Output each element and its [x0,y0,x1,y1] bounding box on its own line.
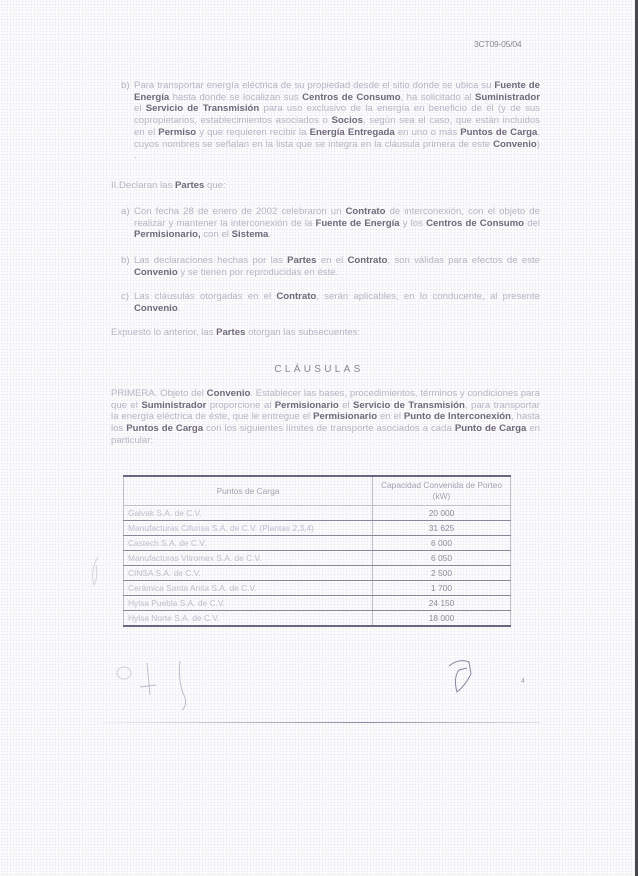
bottom-rule [100,722,540,723]
page-number: 4 [521,678,525,685]
item-a: Con fecha 28 de enero de 2002 celebraron… [134,206,540,241]
table-header-row: Puntos de Carga Capacidad Convenida de P… [124,476,511,506]
load-point-name: Hylsa Norte S.A. de C.V. [124,611,373,627]
defined-term: Socios [332,115,363,126]
text-run: en el [377,411,404,422]
table-row: Hylsa Puebla S.A. de C.V.24 150 [124,596,511,611]
defined-term: Centros de Consumo [302,92,400,103]
text-run: del [524,218,540,229]
item-a-label: a) [121,206,130,218]
load-point-name: Manufacturas Vitromex S.A. de C.V. [124,551,373,566]
load-point-name: Cerámica Santa Anita S.A. de C.V. [124,581,373,596]
clausula-primera: PRIMERA. Objeto del Convenio. Establecer… [111,388,540,447]
table-row: Castech S.A. de C.V.6 000 [124,536,511,551]
defined-term: Contrato [347,255,387,266]
text-run: Para transportar energía eléctrica de su… [134,80,494,91]
defined-term: Permiso [158,127,196,138]
text-run: , serán aplicables, en lo conducente, al… [316,291,540,302]
load-point-name: Manufacturas Cifunsa S.A. de C.V. (Plant… [124,521,373,536]
defined-term: Permisionario [275,400,339,411]
defined-term: Servicio de Transmisión [353,400,465,411]
capacity-value: 1 700 [373,581,511,596]
capacity-value: 31 625 [373,521,511,536]
load-point-name: Hylsa Puebla S.A. de C.V. [124,596,373,611]
defined-term: Partes [287,255,316,266]
text-run: en el [316,255,347,266]
defined-term: Partes [175,180,204,191]
capacity-value: 24 150 [373,596,511,611]
defined-term: Sistema [232,229,269,240]
defined-term: Partes [216,327,245,338]
text-run: en uno o más [395,127,461,138]
defined-term: Puntos de Carga [460,127,537,138]
text-run: con los siguientes límites de transporte… [203,423,455,434]
text-run: y los [400,218,427,229]
document-code: 3CT09-05/04 [474,39,521,49]
defined-term: Contrato [346,206,386,217]
text-run: que: [204,180,225,191]
paragraph-b: Para transportar energía eléctrica de su… [134,80,540,162]
text-run: Las cláusulas otorgadas en el [134,291,276,302]
text-run: , ha solicitado al [401,92,475,103]
item-b-label: b) [121,255,130,267]
defined-term: Centros de Consumo [426,218,524,229]
defined-term: Convenio [134,303,178,314]
text-run: el [134,103,146,114]
section-ii-heading: II.Declaran las Partes que: [111,180,531,192]
text-run: proporcione al [206,400,274,411]
defined-term: Servicio de Transmisión [146,103,260,114]
table-row: Galvak S.A. de C.V.20 000 [124,506,511,521]
paragraph-b-label: b) [121,80,130,92]
defined-term: Suministrador [141,400,206,411]
item-c: Las cláusulas otorgadas en el Contrato, … [134,291,540,314]
capacity-value: 2 500 [373,566,511,581]
defined-term: Punto de Carga [455,423,527,434]
defined-term: Convenio [134,267,178,278]
text-run: . [178,303,181,314]
table-row: Hylsa Norte S.A. de C.V.18 000 [124,611,511,627]
header-capacity: Capacidad Convenida de Porteo (kW) [373,476,511,506]
expuesto-paragraph: Expuesto lo anterior, las Partes otorgan… [111,327,531,339]
text-run: Las declaraciones hechas por las [134,255,287,266]
defined-term: Energía Entregada [310,127,395,138]
load-point-name: Galvak S.A. de C.V. [124,506,373,521]
text-run: PRIMERA. Objeto del [111,388,207,399]
text-run: Con fecha 28 de enero de 2002 celebraron… [134,206,346,217]
capacity-value: 6 050 [373,551,511,566]
defined-term: Suministrador [475,92,540,103]
capacity-value: 20 000 [373,506,511,521]
signature-mark-right [445,656,485,701]
defined-term: Punto de Interconexión [404,411,511,422]
header-load-points: Puntos de Carga [124,476,373,506]
text-run: y que requieren recibir la [196,127,309,138]
capacity-value: 6 000 [373,536,511,551]
defined-term: Permisionario, [134,229,201,240]
defined-term: Convenio [207,388,251,399]
clausulas-heading: CLÁUSULAS [0,364,638,375]
table-row: CINSA S.A. de C.V.2 500 [124,566,511,581]
text-run: el [339,400,353,411]
defined-term: Fuente de Energía [315,218,399,229]
capacity-value: 18 000 [373,611,511,627]
text-run: Expuesto lo anterior, las [111,327,216,338]
item-b: Las declaraciones hechas por las Partes … [134,255,540,278]
text-run: hasta donde se localizan sus [169,92,302,103]
text-run: otorgan las subsecuentes: [245,327,360,338]
defined-term: Convenio [493,139,537,150]
signature-mark-left [112,655,212,715]
defined-term: Contrato [276,291,316,302]
defined-term: Puntos de Carga [126,423,203,434]
table-row: Manufacturas Cifunsa S.A. de C.V. (Plant… [124,521,511,536]
text-run: y se tienen por reproducidas en éste. [178,267,339,278]
load-point-name: Castech S.A. de C.V. [124,536,373,551]
table-row: Cerámica Santa Anita S.A. de C.V.1 700 [124,581,511,596]
text-run: , son válidas para efectos de este [387,255,540,266]
text-run: . [268,229,271,240]
table-row: Manufacturas Vitromex S.A. de C.V.6 050 [124,551,511,566]
load-point-name: CINSA S.A. de C.V. [124,566,373,581]
text-run: con el [201,229,232,240]
load-points-table: Puntos de Carga Capacidad Convenida de P… [123,475,511,627]
margin-initial-mark [86,555,106,595]
item-c-label: c) [121,291,129,303]
defined-term: Permisionario [313,411,377,422]
text-run: II.Declaran las [111,180,175,191]
